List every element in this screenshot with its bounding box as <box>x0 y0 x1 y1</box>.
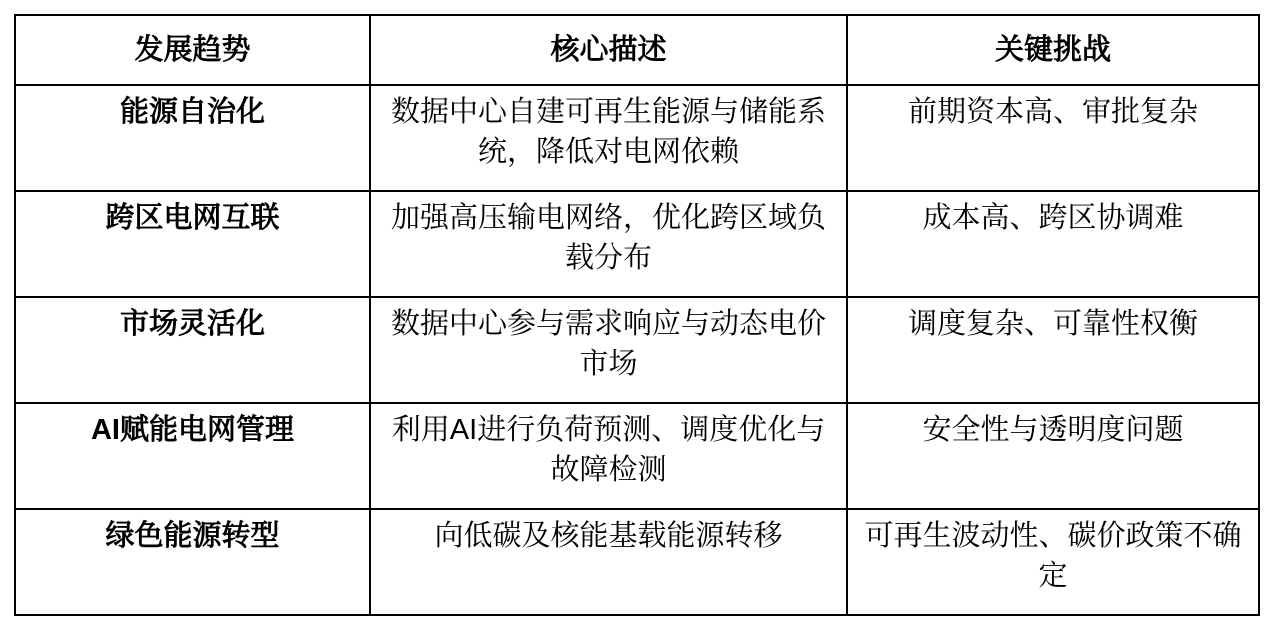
cell-description: 加强高压输电网络，优化跨区域负载分布 <box>370 191 847 297</box>
table-row: 市场灵活化 数据中心参与需求响应与动态电价市场 调度复杂、可靠性权衡 <box>15 297 1259 403</box>
table-row: 跨区电网互联 加强高压输电网络，优化跨区域负载分布 成本高、跨区协调难 <box>15 191 1259 297</box>
header-cell-trend: 发展趋势 <box>15 15 370 85</box>
cell-trend: 跨区电网互联 <box>15 191 370 297</box>
cell-challenge: 调度复杂、可靠性权衡 <box>847 297 1259 403</box>
cell-trend: 能源自治化 <box>15 85 370 191</box>
header-row: 发展趋势 核心描述 关键挑战 <box>15 15 1259 85</box>
table-row: AI赋能电网管理 利用AI进行负荷预测、调度优化与故障检测 安全性与透明度问题 <box>15 403 1259 509</box>
cell-challenge: 可再生波动性、碳价政策不确定 <box>847 509 1259 615</box>
cell-challenge: 安全性与透明度问题 <box>847 403 1259 509</box>
header-cell-challenge: 关键挑战 <box>847 15 1259 85</box>
cell-trend: 市场灵活化 <box>15 297 370 403</box>
cell-trend: 绿色能源转型 <box>15 509 370 615</box>
table-row: 能源自治化 数据中心自建可再生能源与储能系统，降低对电网依赖 前期资本高、审批复… <box>15 85 1259 191</box>
cell-challenge: 成本高、跨区协调难 <box>847 191 1259 297</box>
trends-table: 发展趋势 核心描述 关键挑战 能源自治化 数据中心自建可再生能源与储能系统，降低… <box>14 14 1260 616</box>
page: 发展趋势 核心描述 关键挑战 能源自治化 数据中心自建可再生能源与储能系统，降低… <box>0 0 1272 630</box>
cell-description: 利用AI进行负荷预测、调度优化与故障检测 <box>370 403 847 509</box>
table-row: 绿色能源转型 向低碳及核能基载能源转移 可再生波动性、碳价政策不确定 <box>15 509 1259 615</box>
cell-description: 向低碳及核能基载能源转移 <box>370 509 847 615</box>
header-cell-description: 核心描述 <box>370 15 847 85</box>
cell-trend: AI赋能电网管理 <box>15 403 370 509</box>
cell-description: 数据中心自建可再生能源与储能系统，降低对电网依赖 <box>370 85 847 191</box>
cell-challenge: 前期资本高、审批复杂 <box>847 85 1259 191</box>
cell-description: 数据中心参与需求响应与动态电价市场 <box>370 297 847 403</box>
